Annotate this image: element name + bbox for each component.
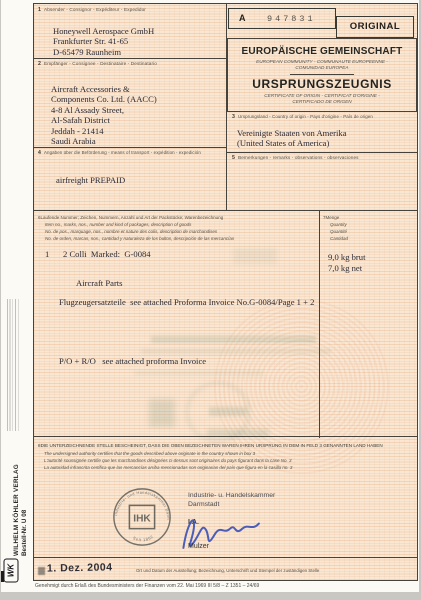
box-goods-label: 6Laufende Nummer; Zeichen, Nummern, Anza… (38, 214, 223, 221)
certification-label-de: 8DIE UNTERZEICHNENDE STELLE BESCHEINIGT,… (38, 442, 383, 449)
goods-marks: 2 Colli Marked: G-0084 (63, 249, 151, 259)
goods-description-1: Aircraft Parts (76, 278, 123, 288)
box-goods: 6Laufende Nummer; Zeichen, Nummern, Anza… (34, 210, 418, 437)
box-consignor-label: 1Absender - Consignor - Expéditeur - Exp… (38, 7, 146, 13)
box-certification: 8DIE UNTERZEICHNENDE STELLE BESCHEINIGT,… (34, 437, 418, 558)
ihk-stamp-center: IHK (133, 513, 151, 524)
box-consignor: 1Absender - Consignor - Expéditeur - Exp… (34, 4, 226, 59)
box-transport: 4Angaben über die Beförderung - means of… (34, 147, 226, 210)
box-quantity-label-fr: Quantité (330, 228, 347, 235)
certification-label-fr: L'autorité soussignée certifie que les m… (44, 457, 292, 464)
origin-country: Vereinigte Staaten von Amerika(United St… (237, 128, 347, 149)
publisher-fineprint (7, 299, 20, 431)
certification-label-en: The undersigned authority certifies that… (44, 450, 255, 457)
goods-quantity-divider (319, 211, 320, 438)
date-row-label: Ort und Datum der Ausstellung; Bezeichnu… (136, 568, 319, 573)
box-consignee-label: 2Empfänger - Consignee - Destinataire - … (38, 61, 157, 67)
svg-text:Seit 1862: Seit 1862 (132, 534, 154, 542)
box-consignee: 2Empfänger - Consignee - Destinataire - … (34, 58, 226, 148)
consignee-address: Aircraft Accessories &Components Co. Ltd… (51, 84, 157, 146)
serial-number-box: A 947831 (228, 8, 336, 29)
masthead-title-de: EUROPÄISCHE GEMEINSCHAFT (228, 46, 416, 57)
publisher-order-number: Bestell-Nr. U 08 (21, 510, 28, 556)
issue-date-stamp: 1. Dez. 2004 (47, 561, 113, 574)
box-quantity-label-en: Quantity (330, 221, 347, 228)
masthead-subtitle-2: CERTIFICATE OF ORIGIN - CERTIFICAT D'ORI… (228, 93, 416, 104)
masthead-title-origin: URSPRUNGSZEUGNIS (228, 77, 416, 91)
serial-number: 947831 (267, 14, 316, 24)
certification-label-es: La autoridad infrascrita certifica que l… (44, 464, 292, 471)
box-goods-label-es: No. de orden, marcas, nos., cantidad y n… (45, 235, 234, 242)
scanned-certificate-page: { "serial": {"letter": "A", "number": "9… (0, 0, 421, 600)
approval-footnote: Genehmigt durch Erlaß des Bundesminister… (35, 583, 259, 589)
ihk-round-stamp: IHK Industrie- und Handelskammer Darmsta… (111, 486, 173, 548)
box-goods-label-fr: No. de pos., marquage, nos., nombre et n… (45, 228, 217, 235)
masthead-subtitle-1: EUROPEAN COMMUNITY - COMMUNAUTE EUROPEEN… (228, 59, 416, 70)
publisher-name: WILHELM KÖHLER VERLAG (13, 464, 20, 556)
consignor-address: Honeywell Aerospace GmbHFrankfurter Str.… (53, 26, 154, 57)
box-quantity-label: 7Menge (323, 214, 339, 221)
quantity-gross: 9,0 kg brut (328, 252, 365, 262)
box-goods-label-en: Item no., marks, nos., number and kind o… (45, 221, 191, 228)
print-registration-mark (1, 571, 4, 582)
quantity-net: 7,0 kg net (328, 263, 362, 273)
masthead-divider (290, 74, 354, 75)
goods-description-2: Flugzeugersatzteile see attached Proform… (59, 297, 314, 307)
box-quantity-label-es: Cantidad (330, 235, 348, 242)
original-badge: ORIGINAL (336, 16, 414, 38)
box-origin-label: 3Ursprungsland - Country of origin - Pay… (232, 114, 373, 120)
box-remarks-label: 5Bemerkungen - remarks - observations - … (232, 155, 359, 161)
masthead: EUROPÄISCHE GEMEINSCHAFT EUROPEAN COMMUN… (227, 38, 417, 112)
serial-letter: A (239, 13, 246, 23)
goods-item-number: 1 (45, 249, 49, 259)
ihk-stamp-foot-text: Seit 1862 (132, 534, 154, 542)
date-row: 1. Dez. 2004 Ort und Datum der Ausstellu… (34, 558, 418, 578)
transport-value: airfreight PREPAID (56, 175, 125, 185)
publisher-logo: WK (4, 559, 19, 583)
signer-name: Mulzer (188, 543, 209, 550)
goods-description-3: P/O + R/O see attached proforma Invoice (59, 356, 206, 366)
box-transport-label: 4Angaben über die Beförderung - means of… (38, 150, 201, 156)
stamp-smudge (38, 567, 45, 575)
box-divider (226, 152, 418, 153)
paper-sheet: WILHELM KÖHLER VERLAG Bestell-Nr. U 08 W… (1, 0, 419, 592)
certificate-form: 1Absender - Consignor - Expéditeur - Exp… (33, 3, 418, 581)
